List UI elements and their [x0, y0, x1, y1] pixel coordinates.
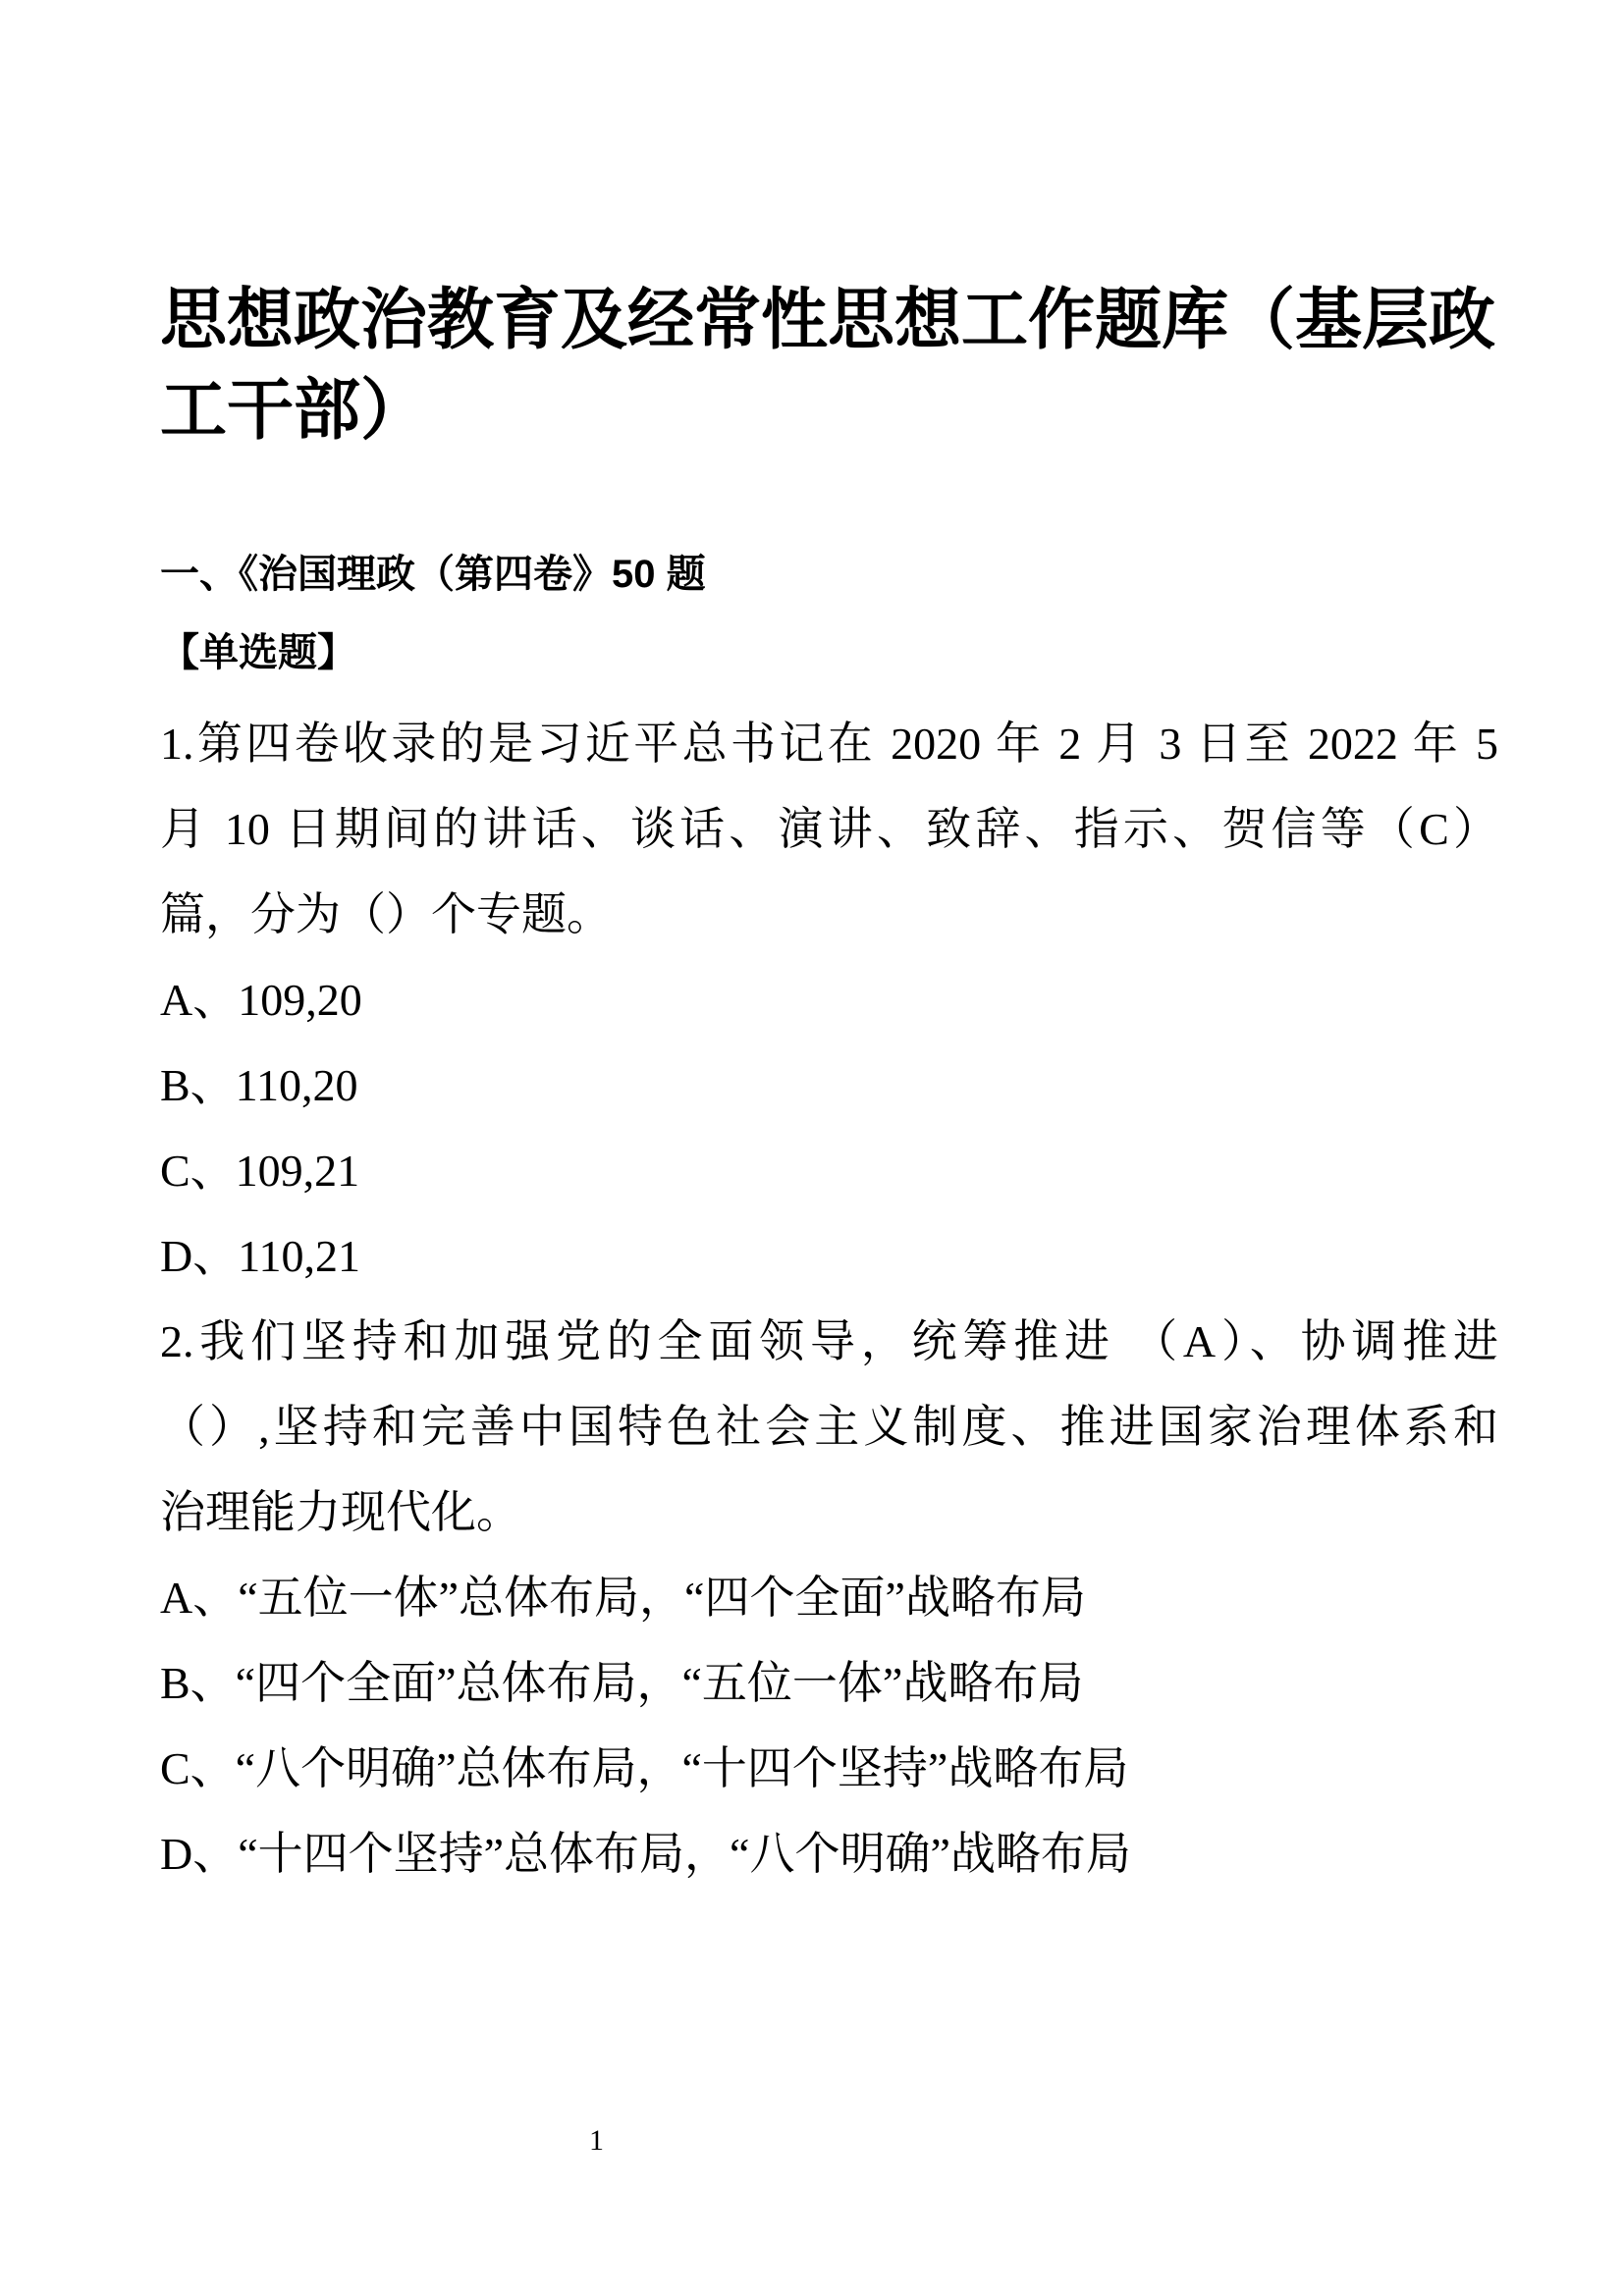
question-2-line-2: （）,坚持和完善中国特色社会主义制度、推进国家治理体系和	[160, 1384, 1498, 1469]
question-1-line-3: 篇，分为（）个专题。	[160, 872, 1498, 957]
question-2-line-1: 2.我们坚持和加强党的全面领导，统筹推进 （A）、协调推进	[160, 1299, 1498, 1384]
page-number: 1	[589, 2123, 604, 2159]
question-2-option-a: A、“五位一体”总体布局，“四个全面”战略布局	[160, 1555, 1498, 1640]
question-1-option-d: D、110,21	[160, 1213, 1498, 1299]
document-title: 思想政治教育及经常性思想工作题库（基层政工干部）	[160, 275, 1501, 455]
question-2-option-d: D、“十四个坚持”总体布局，“八个明确”战略布局	[160, 1811, 1498, 1896]
document-body: 1.第四卷收录的是习近平总书记在 2020 年 2 月 3 日至 2022 年 …	[160, 701, 1498, 1896]
question-type-label: 【单选题】	[160, 628, 1501, 677]
question-2-option-c: C、“八个明确”总体布局，“十四个坚持”战略布局	[160, 1726, 1498, 1811]
section-heading: 一、《治国理政（第四卷》50 题	[160, 550, 1501, 599]
question-1-option-b: B、110,20	[160, 1042, 1498, 1128]
document-page: 思想政治教育及经常性思想工作题库（基层政工干部） 一、《治国理政（第四卷》50 …	[0, 0, 1624, 2296]
question-1-line-2: 月 10 日期间的讲话、谈话、演讲、致辞、指示、贺信等（C）	[160, 786, 1498, 872]
question-2-line-3: 治理能力现代化。	[160, 1469, 1498, 1555]
question-1-line-1: 1.第四卷收录的是习近平总书记在 2020 年 2 月 3 日至 2022 年 …	[160, 701, 1498, 786]
question-1-option-c: C、109,21	[160, 1128, 1498, 1213]
question-2-option-b: B、“四个全面”总体布局，“五位一体”战略布局	[160, 1640, 1498, 1726]
question-1-option-a: A、109,20	[160, 957, 1498, 1042]
